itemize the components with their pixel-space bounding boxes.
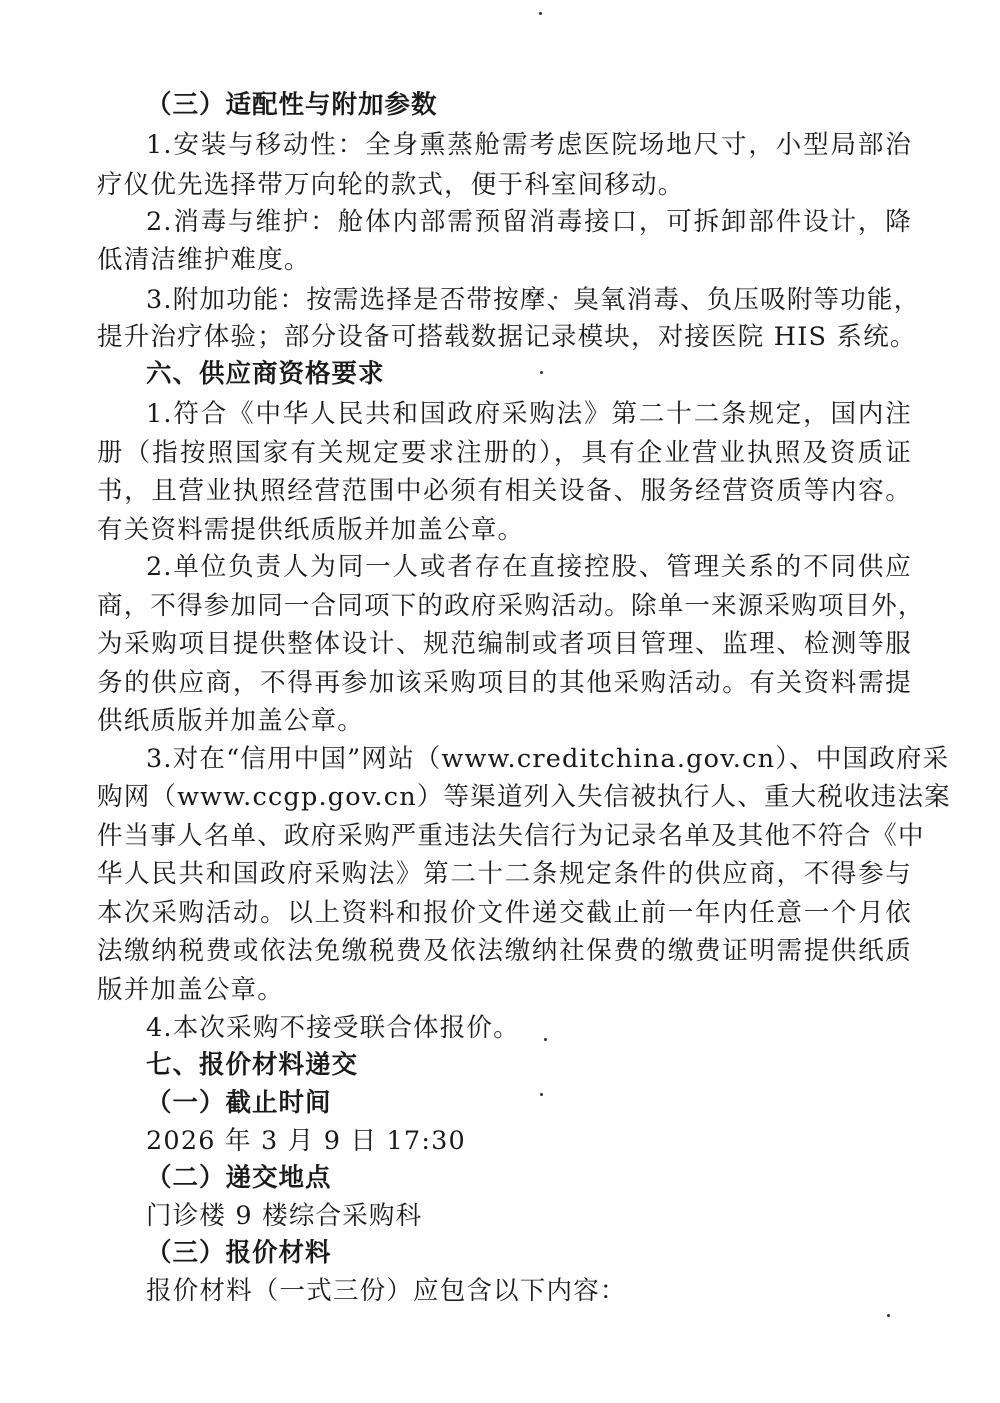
materials-value: 报价材料（一式三份）应包含以下内容： (146, 1274, 912, 1308)
req3-line1: 3.对在“信用中国”网站（www.creditchina.gov.cn）、中国政… (146, 742, 912, 776)
req2-line2: 商，不得参加同一合同项下的政府采购活动。除单一来源采购项目外， (97, 589, 912, 623)
req3-line4: 华人民共和国政府采购法》第二十二条规定条件的供应商，不得参与 (97, 857, 912, 891)
scan-speck (540, 371, 543, 374)
section-7-title: 七、报价材料递交 (146, 1048, 912, 1082)
req4: 4.本次采购不接受联合体报价。 (146, 1011, 912, 1045)
scan-speck (888, 956, 891, 959)
req2-line1: 2.单位负责人为同一人或者存在直接控股、管理关系的不同供应 (146, 550, 912, 584)
section-6-title: 六、供应商资格要求 (146, 357, 912, 391)
scan-speck (163, 647, 166, 650)
scan-speck (887, 1314, 890, 1317)
document-page: （三）适配性与附加参数 1.安装与移动性：全身熏蒸舱需考虑医院场地尺寸，小型局部… (0, 0, 1000, 1403)
req1-line1: 1.符合《中华人民共和国政府采购法》第二十二条规定，国内注 (146, 397, 912, 431)
scan-speck (544, 1038, 547, 1041)
deadline-title: （一）截止时间 (146, 1086, 912, 1120)
req3-line6: 法缴纳税费或依法免缴税费及依法缴纳社保费的缴费证明需提供纸质 (97, 934, 912, 968)
materials-title: （三）报价材料 (146, 1236, 912, 1270)
item-3-1-line1: 1.安装与移动性：全身熏蒸舱需考虑医院场地尺寸，小型局部治 (146, 128, 912, 162)
req2-line3: 为采购项目提供整体设计、规范编制或者项目管理、监理、检测等服 (97, 627, 912, 661)
location-value: 门诊楼 9 楼综合采购科 (146, 1199, 912, 1233)
req1-line2: 册（指按照国家有关规定要求注册的），具有企业营业执照及资质证 (97, 436, 912, 470)
req2-line5: 供纸质版并加盖公章。 (97, 704, 912, 738)
req2-line4: 务的供应商，不得再参加该采购项目的其他采购活动。有关资料需提 (97, 666, 912, 700)
scan-speck (554, 296, 557, 299)
req3-line5: 本次采购活动。以上资料和报价文件递交截止前一年内任意一个月依 (97, 896, 912, 930)
location-title: （二）递交地点 (146, 1161, 912, 1195)
scan-speck (363, 682, 366, 685)
item-3-2-line1: 2.消毒与维护：舱体内部需预留消毒接口，可拆卸部件设计，降 (146, 205, 912, 239)
item-3-3-line1: 3.附加功能：按需选择是否带按摩、臭氧消毒、负压吸附等功能， (146, 283, 912, 317)
item-3-1-line2: 疗仪优先选择带万向轮的款式，便于科室间移动。 (97, 168, 912, 202)
req3-line3: 件当事人名单、政府采购严重违法失信行为记录名单及其他不符合《中 (97, 819, 912, 853)
req3-line2: 购网（www.ccgp.gov.cn）等渠道列入失信被执行人、重大税收违法案 (97, 780, 912, 814)
item-3-2-line2: 低清洁维护难度。 (97, 243, 912, 277)
scan-speck (539, 12, 542, 15)
req3-line7: 版并加盖公章。 (97, 973, 912, 1007)
req1-line4: 有关资料需提供纸质版并加盖公章。 (97, 513, 912, 547)
item-3-3-line2: 提升治疗体验；部分设备可搭载数据记录模块，对接医院 HIS 系统。 (97, 320, 912, 354)
section-3-title: （三）适配性与附加参数 (146, 88, 912, 122)
scan-speck (540, 1093, 543, 1096)
deadline-value: 2026 年 3 月 9 日 17:30 (146, 1124, 912, 1158)
req1-line3: 书，且营业执照经营范围中必须有相关设备、服务经营资质等内容。 (97, 474, 912, 508)
